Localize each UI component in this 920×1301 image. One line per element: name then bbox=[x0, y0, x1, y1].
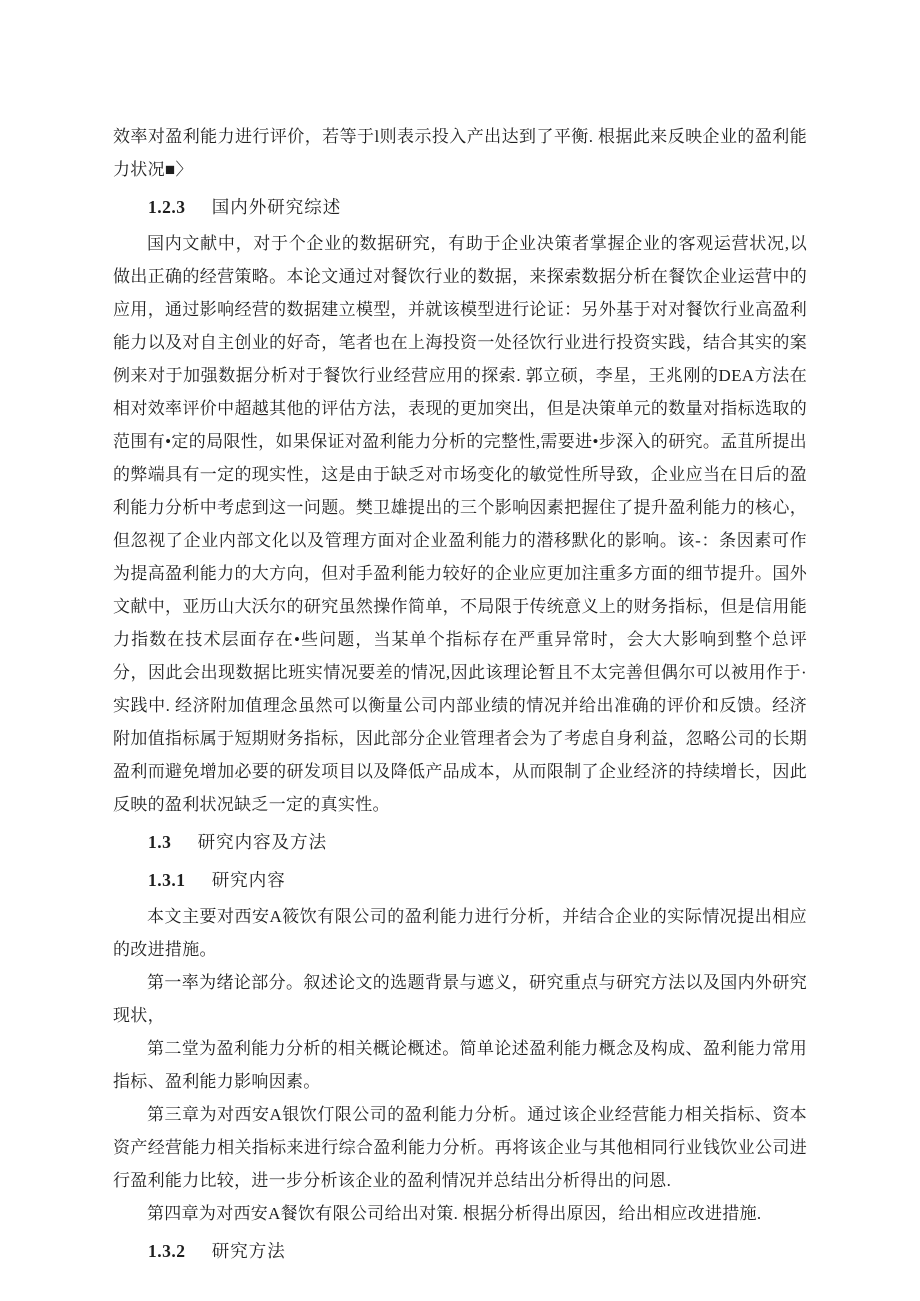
paragraph-literature-review: 国内文献中，对于个企业的数据研究，有助于企业决策者掌握企业的客观运营状况,以做出… bbox=[113, 227, 807, 821]
section-number: 1.2.3 bbox=[148, 197, 186, 217]
paragraph-efficiency-evaluation: 效率对盈利能力进行评价，若等于l则表示投入产出达到了平衡. 根据此来反映企业的盈… bbox=[113, 120, 807, 186]
section-title: 研究内容 bbox=[212, 870, 286, 890]
section-heading-1-3-2: 1.3.2研究方法 bbox=[113, 1235, 807, 1268]
paragraph-chapter-2-summary: 第二堂为盈利能力分析的相关概论概述。简单论述盈利能力概念及构成、盈利能力常用指标… bbox=[113, 1032, 807, 1098]
section-number: 1.3.2 bbox=[148, 1241, 186, 1261]
paragraph-chapter-4-summary: 第四章为对西安A餐饮有限公司给出对策. 根据分析得出原因，给出相应改进措施. bbox=[113, 1197, 807, 1230]
document-page: 效率对盈利能力进行评价，若等于l则表示投入产出达到了平衡. 根据此来反映企业的盈… bbox=[0, 0, 920, 1301]
section-title: 研究方法 bbox=[212, 1241, 286, 1261]
section-title: 研究内容及方法 bbox=[198, 832, 328, 852]
section-heading-1-3: 1.3研究内容及方法 bbox=[113, 826, 807, 859]
section-heading-1-3-1: 1.3.1研究内容 bbox=[113, 864, 807, 897]
section-heading-1-2-3: 1.2.3国内外研究综述 bbox=[113, 191, 807, 224]
section-number: 1.3 bbox=[148, 832, 171, 852]
section-number: 1.3.1 bbox=[148, 870, 186, 890]
section-title: 国内外研究综述 bbox=[212, 197, 342, 217]
paragraph-chapter-3-summary: 第三章为对西安A银饮仃限公司的盈利能力分析。通过该企业经营能力相关指标、资本资产… bbox=[113, 1098, 807, 1197]
paragraph-chapter-1-summary: 第一率为绪论部分。叙述论文的选题背景与遮义，研究重点与研究方法以及国内外研究现状… bbox=[113, 966, 807, 1032]
paragraph-research-overview: 本文主要对西安A筱饮有限公司的盈利能力进行分析，并结合企业的实际情况提出相应的改… bbox=[113, 900, 807, 966]
